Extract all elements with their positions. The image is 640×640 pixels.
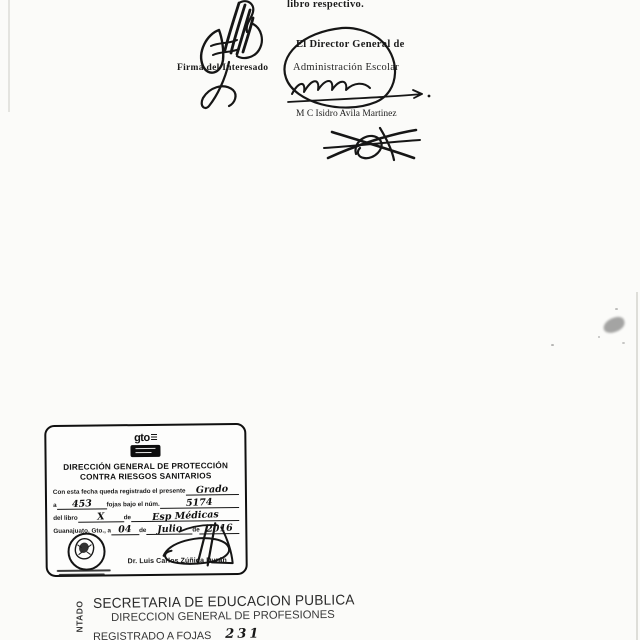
line3-value-libro: X: [97, 512, 105, 522]
line1-label: Con esta fecha queda registrado el prese…: [53, 488, 186, 497]
sep-registered-label: REGISTRADO A FOJAS: [93, 630, 211, 640]
stamp-form-line2: a 453 fojas bajo el núm. 5174: [53, 496, 239, 510]
gto-logo-lines-icon: [151, 434, 157, 441]
scan-edge-left: [8, 0, 10, 112]
stamp-form-line1: Con esta fecha queda registrado el prese…: [53, 483, 239, 497]
ink-speck-2: [598, 336, 600, 338]
line2-blank-fojas: 453: [56, 497, 106, 510]
scan-edge-right: [636, 292, 638, 640]
sep-registered-value: 231: [225, 627, 261, 640]
interesado-signature: [185, 0, 285, 115]
stamp-signer-name: Dr. Luis Carlos Zúñiga Durán: [128, 557, 227, 565]
line2-label-b: fojas bajo el núm.: [107, 501, 160, 510]
sep-line2: DIRECCION GENERAL DE PROFESIONES: [111, 609, 335, 624]
line3-label-b: de: [124, 514, 131, 522]
doc-top-text: libro respectivo.: [287, 0, 364, 10]
ink-speck-1: [615, 308, 618, 310]
seal-caption-line2: [59, 573, 105, 575]
line2-value-fojas: 453: [71, 499, 91, 509]
line2-value-numero: 5174: [186, 497, 213, 508]
sep-vertical-text: NTADO: [75, 594, 88, 640]
line4-label-b: de: [139, 527, 146, 535]
firma-interesado-label: Firma del Interesado: [177, 63, 268, 73]
ink-smudge: [601, 315, 626, 335]
mexico-eagle-seal-icon: [67, 532, 105, 570]
stamp-header-line2: CONTRA RIESGOS SANITARIOS: [47, 471, 245, 482]
line3-blank-libro: X: [78, 510, 124, 522]
line1-value: Grado: [196, 484, 229, 495]
line4-value-dia: 04: [118, 524, 132, 534]
line1-blank: Grado: [185, 483, 238, 496]
sep-line3: REGISTRADO A FOJAS 231: [93, 627, 261, 640]
gto-logo: gto: [134, 428, 157, 446]
ink-speck-3: [622, 342, 625, 344]
director-signature: [272, 22, 442, 122]
gto-black-plate: [130, 445, 160, 457]
crossout-scribble: [322, 122, 422, 167]
line2-blank-numero: 5174: [160, 496, 239, 509]
sanitary-registry-stamp: gto DIRECCIÓN GENERAL DE PROTECCIÓN CONT…: [44, 423, 248, 577]
seal-caption-line1: [57, 569, 111, 572]
line3-value-materia: Esp Médicas: [152, 510, 219, 523]
ink-speck-4: [551, 344, 554, 346]
line4-blank-dia: 04: [111, 523, 139, 535]
gto-logo-text: gto: [134, 432, 150, 444]
director-name: M C Isidro Avila Martinez: [296, 109, 397, 119]
line3-label-a: del libro: [53, 515, 78, 523]
